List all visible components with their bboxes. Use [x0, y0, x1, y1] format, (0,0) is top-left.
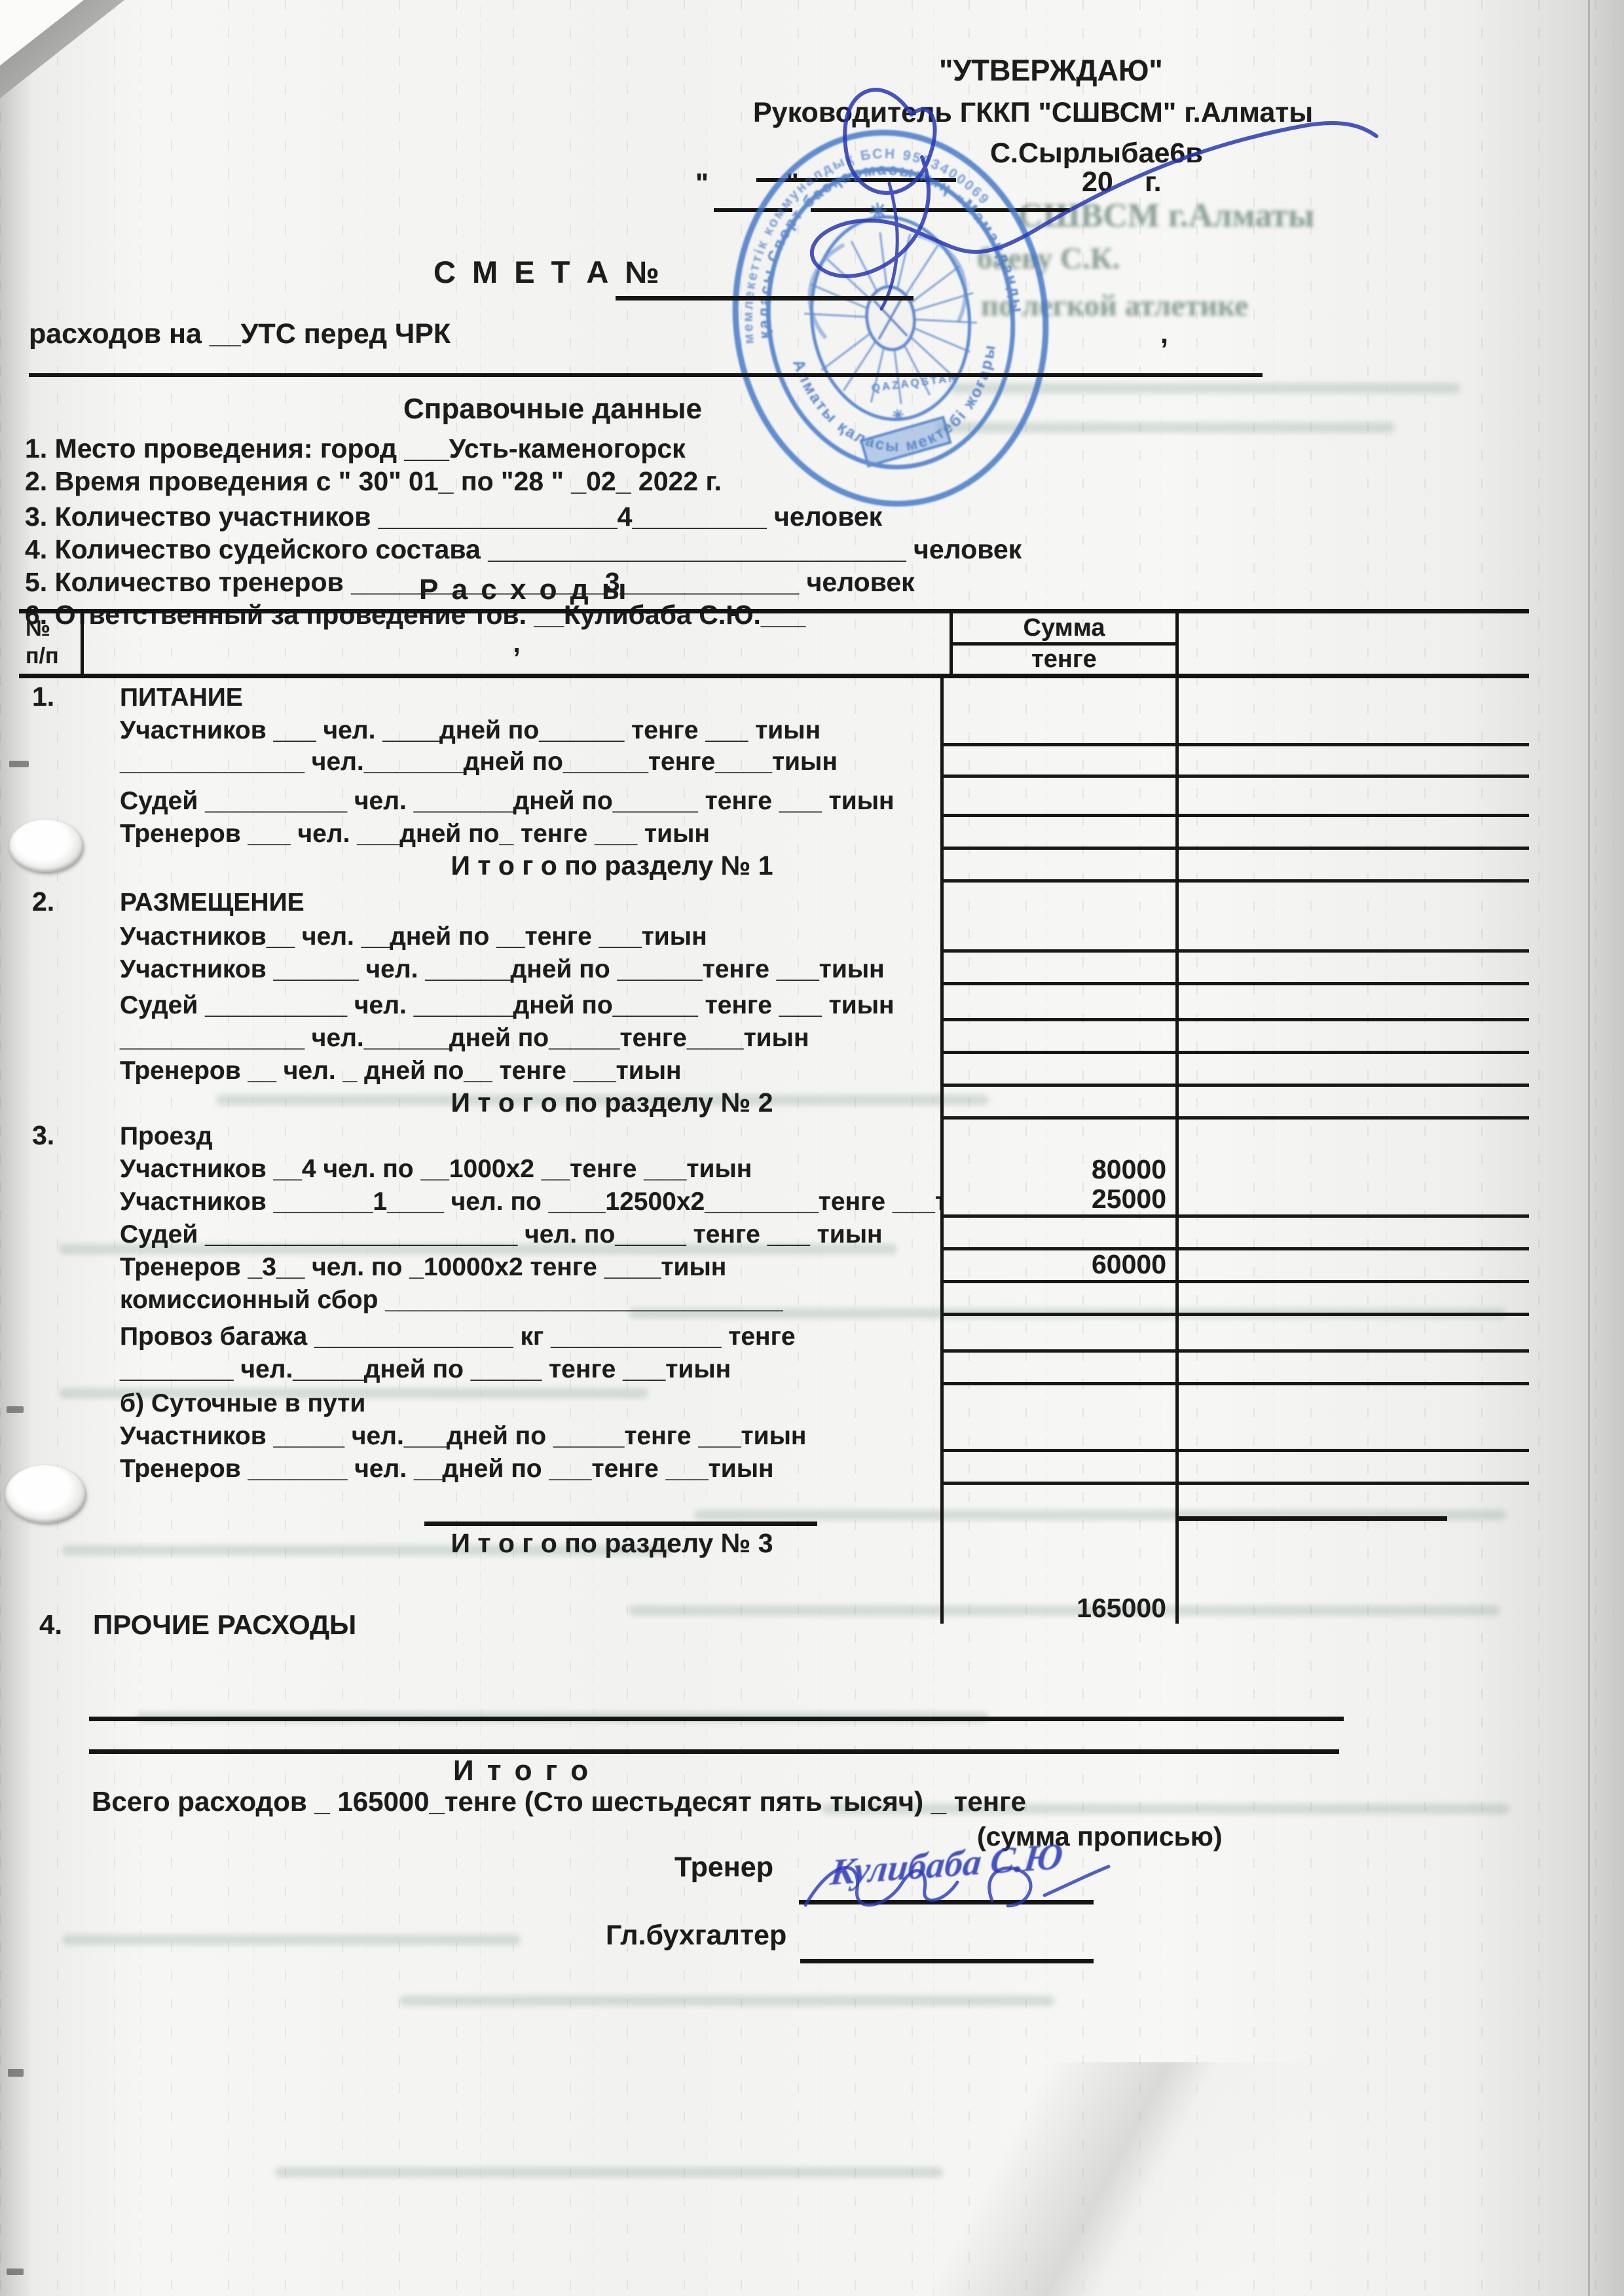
subject-underline: [29, 373, 1263, 377]
row-description: Участников ___ чел. ____дней по______ те…: [87, 714, 940, 746]
row-sum: [940, 714, 1179, 746]
row-sum: [940, 678, 1179, 714]
row-number: [19, 1152, 87, 1185]
row-extra: [1179, 919, 1529, 953]
smeta-number-line: [616, 296, 913, 301]
table-row: [19, 1485, 1529, 1527]
accountant-signature-line: [800, 1959, 1094, 1963]
table-row: Судей __________ чел. _______дней по____…: [19, 985, 1529, 1021]
blank-line: [89, 1717, 1344, 1721]
num-bottom: п/п: [26, 642, 81, 670]
row-sum: 60000: [940, 1250, 1179, 1283]
grand-total-line: Всего расходов _ 165000_тенге (Сто шесть…: [92, 1786, 1026, 1817]
row-extra: [1179, 953, 1529, 985]
table-row: Участников ___ чел. ____дней по______ те…: [19, 714, 1529, 746]
table-row: _____________ чел._______дней по______те…: [19, 746, 1529, 778]
row-number: 2.: [19, 883, 87, 919]
row-extra: [1179, 1021, 1529, 1054]
svg-text:✳: ✳: [891, 407, 905, 424]
row-number: [19, 714, 87, 746]
row-description: комиссионный сбор ______________________…: [87, 1283, 940, 1316]
table-row: Тренеров __ чел. _ дней по__ тенге ___ти…: [19, 1054, 1529, 1087]
row-sum: [940, 919, 1179, 953]
row-extra: [1179, 778, 1529, 817]
row-extra: [1179, 985, 1529, 1021]
row-number: [19, 1353, 87, 1385]
col-header-desc: ,: [84, 613, 950, 674]
row-extra: [1179, 746, 1529, 778]
ref-item-participants: 3. Количество участников _______________…: [25, 501, 882, 532]
row-extra: [1179, 1054, 1529, 1087]
row-sum: 80000: [940, 1152, 1179, 1185]
grand-itogo: И т о г о: [453, 1755, 591, 1787]
bleed-smudge: [275, 2167, 943, 2178]
row-description: ПИТАНИЕ: [87, 678, 940, 714]
col-header-num: № п/п: [19, 613, 84, 674]
row-sum: [940, 778, 1179, 817]
row-number: [19, 953, 87, 985]
row-description: И т о г о по разделу № 1: [87, 850, 940, 883]
page-edge-line: [1588, 0, 1590, 2296]
subject-comma: ,: [1160, 318, 1168, 350]
row-number: [19, 746, 87, 778]
row-number: [19, 1452, 87, 1485]
row-description: И т о г о по разделу № 2: [87, 1087, 940, 1120]
row-description: б) Суточные в пути: [87, 1385, 940, 1419]
row-number: [19, 1218, 87, 1250]
table-row: И т о г о по разделу № 1: [19, 850, 1529, 883]
table-row: б) Суточные в пути: [19, 1385, 1529, 1419]
row-description: Судей __________ чел. _______дней по____…: [87, 778, 940, 817]
trainer-signature-flourish: [796, 1843, 1123, 1928]
row-sum: [940, 850, 1179, 883]
row-extra: [1179, 714, 1529, 746]
row-number: [19, 1185, 87, 1218]
row-number: [19, 1419, 87, 1452]
row-description: Судей __________ чел. _______дней по____…: [87, 985, 940, 1021]
bleed-smudge: [399, 1995, 1054, 2006]
num-top: №: [26, 615, 81, 642]
expenses-table: № п/п , Сумма тенге 1.ПИТАНИЕУчастников …: [19, 609, 1529, 1624]
row-sum: [940, 1353, 1179, 1385]
row-sum: [940, 1316, 1179, 1353]
short-underline: [424, 1522, 817, 1526]
table-row: Участников ______ чел. ______дней по ___…: [19, 953, 1529, 985]
row-description: И т о г о по разделу № 3: [87, 1527, 940, 1560]
row-description: _____________ чел.______дней по_____тенг…: [87, 1021, 940, 1054]
row-sum: [940, 817, 1179, 850]
row-number: [19, 919, 87, 953]
table-row: Участников __4 чел. по __1000х2 __тенге …: [19, 1152, 1529, 1185]
row-extra: [1179, 850, 1529, 883]
table-row: И т о г о по разделу № 2: [19, 1087, 1529, 1120]
row-sum: [940, 1120, 1179, 1152]
accountant-label: Гл.бухгалтер: [606, 1920, 786, 1952]
row-number: [19, 1250, 87, 1283]
row-extra: [1179, 1250, 1529, 1283]
edge-mark: [7, 2269, 24, 2275]
row-extra: [1179, 1152, 1529, 1185]
ref-item-time: 2. Время проведения с " 30" 01_ по "28 "…: [25, 466, 722, 497]
row-sum: [940, 1419, 1179, 1452]
row-number: [19, 1527, 87, 1560]
row-extra: [1179, 817, 1529, 850]
currency-label: тенге: [953, 646, 1175, 674]
row-sum: [940, 1054, 1179, 1087]
table-row: ________ чел._____дней по _____ тенге __…: [19, 1353, 1529, 1385]
table-row: И т о г о по разделу № 3: [19, 1527, 1529, 1560]
row-sum: [940, 883, 1179, 919]
blank-line: [89, 1749, 1339, 1754]
row-sum: 25000: [940, 1185, 1179, 1218]
row-sum: [940, 1452, 1179, 1485]
row-extra: [1179, 1185, 1529, 1218]
table-row: Участников__ чел. __дней по __тенге ___т…: [19, 919, 1529, 953]
row-sum: [940, 1385, 1179, 1419]
expenses-title: Р а с х о д ы: [419, 574, 629, 606]
row-number: [19, 1283, 87, 1316]
row-number: [19, 1054, 87, 1087]
row-description: Тренеров __ чел. _ дней по__ тенге ___ти…: [87, 1054, 940, 1087]
table-row: Судей __________ чел. _______дней по____…: [19, 778, 1529, 817]
row-sum: [940, 1485, 1179, 1527]
row-number: [19, 1021, 87, 1054]
row-description: [87, 1485, 940, 1527]
ref-item-judges: 4. Количество судейского состава _______…: [25, 534, 1022, 565]
row-description: ________ чел._____дней по _____ тенге __…: [87, 1353, 940, 1385]
row-description: Тренеров ___ чел. ___дней по_ тенге ___ …: [87, 817, 940, 850]
expense-table-body: 1.ПИТАНИЕУчастников ___ чел. ____дней по…: [19, 678, 1529, 1624]
row-extra: [1179, 1120, 1529, 1152]
trainer-label: Тренер: [674, 1851, 773, 1884]
row-description: Судей ______________________ чел. по____…: [87, 1218, 940, 1250]
row-number: [19, 985, 87, 1021]
expenses-table-header: № п/п , Сумма тенге: [19, 609, 1529, 678]
paper-crease: [544, 2062, 1624, 2296]
table-row: Тренеров _______ чел. __дней по ___тенге…: [19, 1452, 1529, 1485]
table-row: Тренеров _3__ чел. по _10000х2 тенге ___…: [19, 1250, 1529, 1283]
row-sum: [940, 985, 1179, 1021]
row-extra: [1179, 1385, 1529, 1419]
smeta-subject: расходов на __УТС перед ЧРК: [29, 318, 451, 350]
ref-item-place: 1. Место проведения: город ___Усть-камен…: [25, 433, 686, 464]
row-extra: [1179, 1527, 1529, 1560]
row-number: [19, 1485, 87, 1527]
col-header-extra: [1179, 613, 1529, 674]
row-extra: [1179, 1485, 1529, 1527]
table-row: комиссионный сбор ______________________…: [19, 1283, 1529, 1316]
row-number: [19, 1087, 87, 1120]
row-description: Тренеров _3__ чел. по _10000х2 тенге ___…: [87, 1250, 940, 1283]
row-number: [19, 1316, 87, 1353]
table-row: _____________ чел.______дней по_____тенг…: [19, 1021, 1529, 1054]
table-row: 1.ПИТАНИЕ: [19, 678, 1529, 714]
row-extra: [1179, 1218, 1529, 1250]
row-description: РАЗМЕЩЕНИЕ: [87, 883, 940, 919]
table-row: Участников _______1____ чел. по ____1250…: [19, 1185, 1529, 1218]
short-underline-extra: [1179, 1516, 1447, 1521]
table-row: Тренеров ___ чел. ___дней по_ тенге ___ …: [19, 817, 1529, 850]
row-sum: [940, 1218, 1179, 1250]
table-row: Провоз багажа ______________ кг ________…: [19, 1316, 1529, 1353]
scanned-smeta-document: СШВСМ г.Алматы баеву С.К. по легкой атле…: [0, 0, 1624, 2296]
table-row: 2.РАЗМЕЩЕНИЕ: [19, 883, 1529, 919]
row-extra: [1179, 1452, 1529, 1485]
row-number: [19, 850, 87, 883]
row-extra: [1179, 883, 1529, 919]
row-sum: [940, 1283, 1179, 1316]
approver-pen-signature: [681, 52, 1401, 314]
row-extra: [1179, 1353, 1529, 1385]
row-description: Участников__ чел. __дней по __тенге ___т…: [87, 919, 940, 953]
prochie-title: ПРОЧИЕ РАСХОДЫ: [93, 1609, 356, 1641]
row-description: Провоз багажа ______________ кг ________…: [87, 1316, 940, 1353]
row-description: Участников _____ чел.___дней по _____тен…: [87, 1419, 940, 1452]
row-extra: [1179, 1283, 1529, 1316]
bleed-smudge: [62, 1935, 521, 1945]
row-number: 3.: [19, 1120, 87, 1152]
table-row: 3.Проезд: [19, 1120, 1529, 1152]
table-row: Участников _____ чел.___дней по _____тен…: [19, 1419, 1529, 1452]
reference-title: Справочные данные: [403, 393, 702, 426]
row-sum: [940, 1087, 1179, 1120]
row-extra: [1179, 1087, 1529, 1120]
row-description: Участников _______1____ чел. по ____1250…: [87, 1185, 940, 1218]
row-description: Участников ______ чел. ______дней по ___…: [87, 953, 940, 985]
row-number: [19, 778, 87, 817]
row-description: Участников __4 чел. по __1000х2 __тенге …: [87, 1152, 940, 1185]
row-sum: [940, 953, 1179, 985]
desc-comma: ,: [513, 629, 520, 659]
row-number: [19, 817, 87, 850]
row-extra: [1179, 678, 1529, 714]
prochie-num: 4.: [39, 1609, 62, 1641]
smeta-title: С М Е Т А №: [434, 254, 663, 290]
row-number: [19, 1385, 87, 1419]
row-extra: [1179, 1560, 1529, 1624]
sum-label: Сумма: [953, 613, 1175, 646]
row-sum: [940, 1527, 1179, 1560]
row-number: 1.: [19, 678, 87, 714]
col-header-sum: Сумма тенге: [950, 613, 1179, 674]
row-description: _____________ чел._______дней по______те…: [87, 746, 940, 778]
row-description: Проезд: [87, 1120, 940, 1152]
table-row: Судей ______________________ чел. по____…: [19, 1218, 1529, 1250]
row-sum: [940, 746, 1179, 778]
edge-mark: [8, 2069, 24, 2077]
row-sum: [940, 1021, 1179, 1054]
row-sum: 165000: [940, 1560, 1179, 1624]
row-description: Тренеров _______ чел. __дней по ___тенге…: [87, 1452, 940, 1485]
row-extra: [1179, 1419, 1529, 1452]
row-extra: [1179, 1316, 1529, 1353]
